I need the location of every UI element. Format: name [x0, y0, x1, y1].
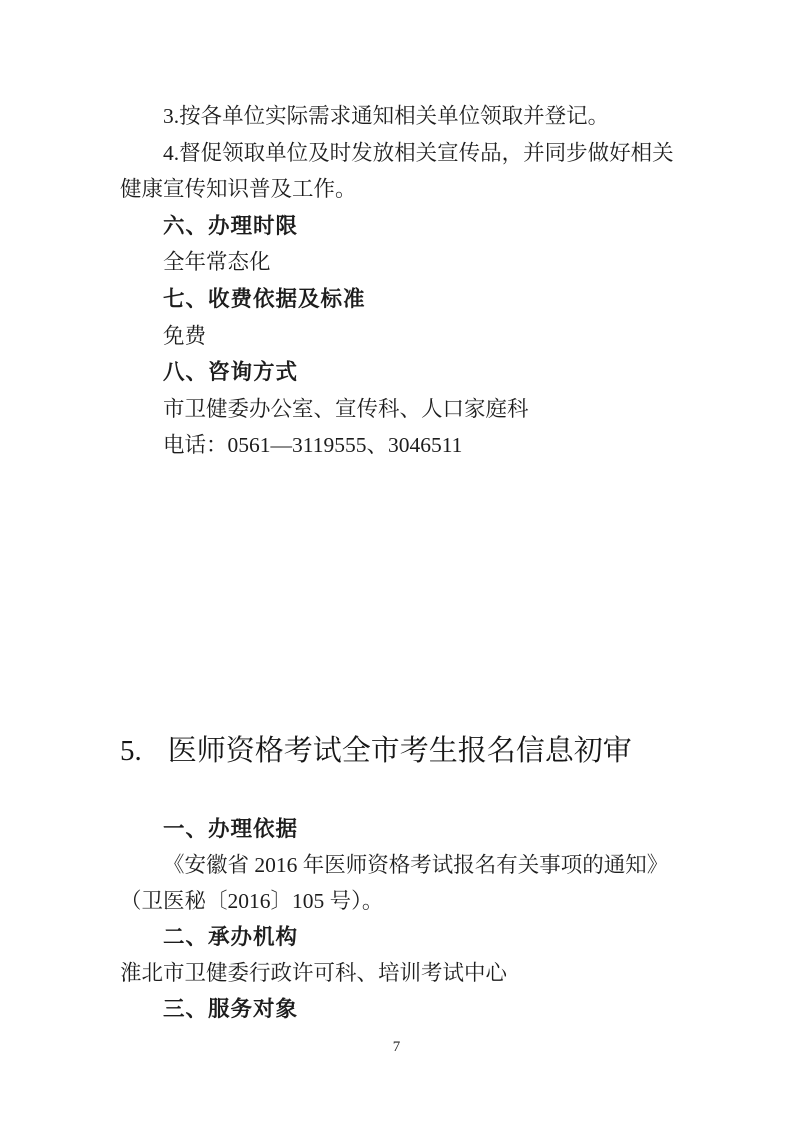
heading-undertaking-agency: 二、承办机构	[120, 919, 686, 955]
section-5-title: 5.医师资格考试全市考生报名信息初审	[120, 727, 760, 776]
page-number: 7	[0, 1036, 793, 1058]
para-notice-doc-number: （卫医秘〔2016〕105 号）。	[120, 883, 686, 919]
section-5-heading-text: 医师资格考试全市考生报名信息初审	[168, 735, 632, 767]
section-5-body: 一、办理依据 《安徽省 2016 年医师资格考试报名有关事项的通知》 （卫医秘〔…	[120, 811, 686, 1027]
para-notice-title: 《安徽省 2016 年医师资格考试报名有关事项的通知》	[120, 847, 686, 883]
document-page: 3.按各单位实际需求通知相关单位领取并登记。 4.督促领取单位及时发放相关宣传品…	[0, 0, 793, 1122]
para-phone-numbers: 电话：0561—3119555、3046511	[120, 427, 686, 464]
para-departments: 市卫健委办公室、宣传科、人口家庭科	[120, 391, 686, 428]
heading-service-target: 三、服务对象	[120, 991, 686, 1027]
para-item-3: 3.按各单位实际需求通知相关单位领取并登记。	[120, 98, 686, 135]
heading-handling-basis: 一、办理依据	[120, 811, 686, 847]
para-item-4-continued: 健康宣传知识普及工作。	[120, 171, 686, 208]
heading-fee-basis-standard: 七、收费依据及标准	[120, 281, 686, 318]
para-item-4: 4.督促领取单位及时发放相关宣传品，并同步做好相关	[120, 135, 686, 172]
para-annual-normal: 全年常态化	[120, 244, 686, 281]
para-free: 免费	[120, 318, 686, 355]
para-agency-names: 淮北市卫健委行政许可科、培训考试中心	[120, 955, 686, 991]
section-5-number: 5.	[120, 735, 142, 767]
section-prev-body: 3.按各单位实际需求通知相关单位领取并登记。 4.督促领取单位及时发放相关宣传品…	[120, 98, 686, 464]
heading-consultation-method: 八、咨询方式	[120, 354, 686, 391]
heading-handling-time-limit: 六、办理时限	[120, 208, 686, 245]
